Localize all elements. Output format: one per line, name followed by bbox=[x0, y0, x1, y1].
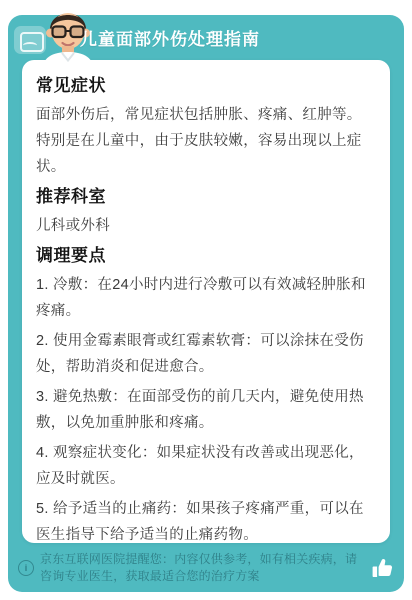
info-circle-icon: i bbox=[18, 560, 34, 576]
thumbs-up-icon[interactable] bbox=[370, 555, 396, 581]
guide-content-panel: 常见症状 面部外伤后，常见症状包括肿胀、疼痛、红肿等。特别是在儿童中，由于皮肤较… bbox=[22, 60, 390, 543]
section-body-department: 儿科或外科 bbox=[36, 213, 376, 239]
guide-card: 儿童面部外伤处理指南 常见症状 面部外伤后，常见症状包括肿胀、疼痛、红肿等。特别… bbox=[8, 15, 404, 592]
care-point-item: 5. 给予适当的止痛药：如果孩子疼痛严重，可以在医生指导下给予适当的止痛药物。 bbox=[36, 496, 376, 543]
section-heading-department: 推荐科室 bbox=[36, 184, 376, 210]
page-title: 儿童面部外伤处理指南 bbox=[80, 15, 260, 60]
section-body-symptoms: 面部外伤后，常见症状包括肿胀、疼痛、红肿等。特别是在儿童中，由于皮肤较嫩，容易出… bbox=[36, 102, 376, 180]
section-heading-symptoms: 常见症状 bbox=[36, 73, 376, 99]
disclaimer-footer: i 京东互联网医院提醒您：内容仅供参考，如有相关疾病，请咨询专业医生，获取最适合… bbox=[8, 543, 404, 592]
health-guide-page: 儿童面部外伤处理指南 常见症状 面部外伤后，常见症状包括肿胀、疼痛、红肿等。特别… bbox=[0, 0, 412, 600]
card-header: 儿童面部外伤处理指南 bbox=[8, 15, 404, 60]
photo-badge-icon bbox=[14, 26, 46, 54]
section-heading-care-points: 调理要点 bbox=[36, 243, 376, 269]
care-point-item: 4. 观察症状变化：如果症状没有改善或出现恶化，应及时就医。 bbox=[36, 440, 376, 492]
care-point-item: 3. 避免热敷：在面部受伤的前几天内，避免使用热敷，以免加重肿胀和疼痛。 bbox=[36, 384, 376, 436]
care-point-item: 2. 使用金霉素眼膏或红霉素软膏：可以涂抹在受伤处，帮助消炎和促进愈合。 bbox=[36, 328, 376, 380]
photo-badge-glyph bbox=[20, 32, 44, 52]
disclaimer-text: 京东互联网医院提醒您：内容仅供参考，如有相关疾病，请咨询专业医生，获取最适合您的… bbox=[40, 551, 364, 585]
care-point-item: 1. 冷敷：在24小时内进行冷敷可以有效减轻肿胀和疼痛。 bbox=[36, 272, 376, 324]
